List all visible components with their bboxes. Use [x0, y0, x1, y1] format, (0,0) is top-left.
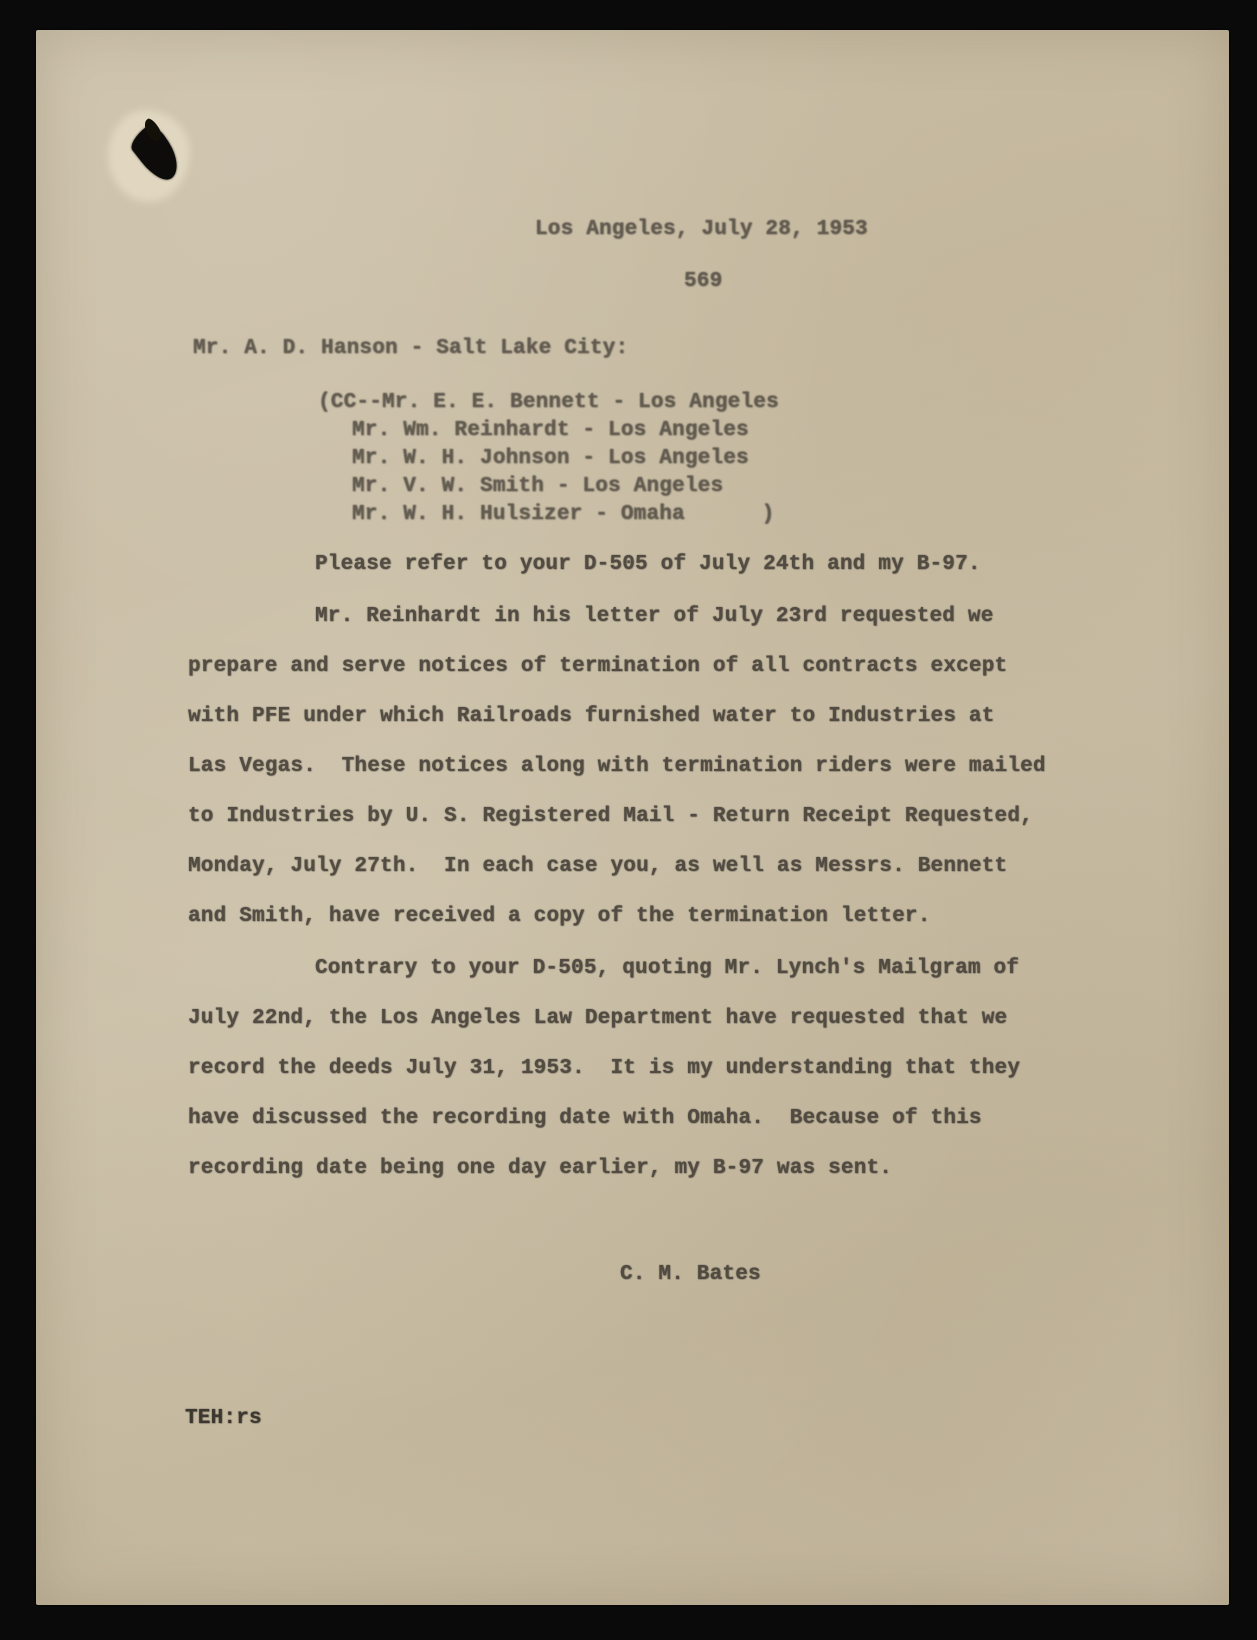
typist-initials: TEH:rs: [185, 1407, 262, 1430]
body-line: and Smith, have received a copy of the t…: [188, 905, 931, 928]
recipient-line: Mr. A. D. Hanson - Salt Lake City:: [193, 337, 628, 360]
signature-line: C. M. Bates: [620, 1263, 761, 1286]
body-line: record the deeds July 31, 1953. It is my…: [188, 1057, 1020, 1080]
cc-line: Mr. V. W. Smith - Los Angeles: [352, 475, 723, 498]
body-line: recording date being one day earlier, my…: [188, 1157, 892, 1180]
body-line: Please refer to your D-505 of July 24th …: [315, 553, 981, 576]
file-number: 569: [684, 270, 722, 293]
body-line: have discussed the recording date with O…: [188, 1107, 982, 1130]
body-line: Mr. Reinhardt in his letter of July 23rd…: [315, 605, 994, 628]
body-line: prepare and serve notices of termination…: [188, 655, 1007, 678]
scan-background: Los Angeles, July 28, 1953 569 Mr. A. D.…: [0, 0, 1257, 1640]
paper-hole: [104, 98, 214, 213]
dateline: Los Angeles, July 28, 1953: [535, 218, 868, 241]
cc-line: Mr. W. H. Hulsizer - Omaha ): [352, 503, 774, 526]
body-line: Las Vegas. These notices along with term…: [188, 755, 1046, 778]
body-line: July 22nd, the Los Angeles Law Departmen…: [188, 1007, 1007, 1030]
letter-page: Los Angeles, July 28, 1953 569 Mr. A. D.…: [36, 30, 1229, 1605]
body-line: to Industries by U. S. Registered Mail -…: [188, 805, 1033, 828]
cc-line: Mr. Wm. Reinhardt - Los Angeles: [352, 419, 749, 442]
cc-line: (CC--Mr. E. E. Bennett - Los Angeles: [318, 391, 779, 414]
body-line: Contrary to your D-505, quoting Mr. Lync…: [315, 957, 1019, 980]
cc-line: Mr. W. H. Johnson - Los Angeles: [352, 447, 749, 470]
body-line: with PFE under which Railroads furnished…: [188, 705, 995, 728]
body-line: Monday, July 27th. In each case you, as …: [188, 855, 1007, 878]
